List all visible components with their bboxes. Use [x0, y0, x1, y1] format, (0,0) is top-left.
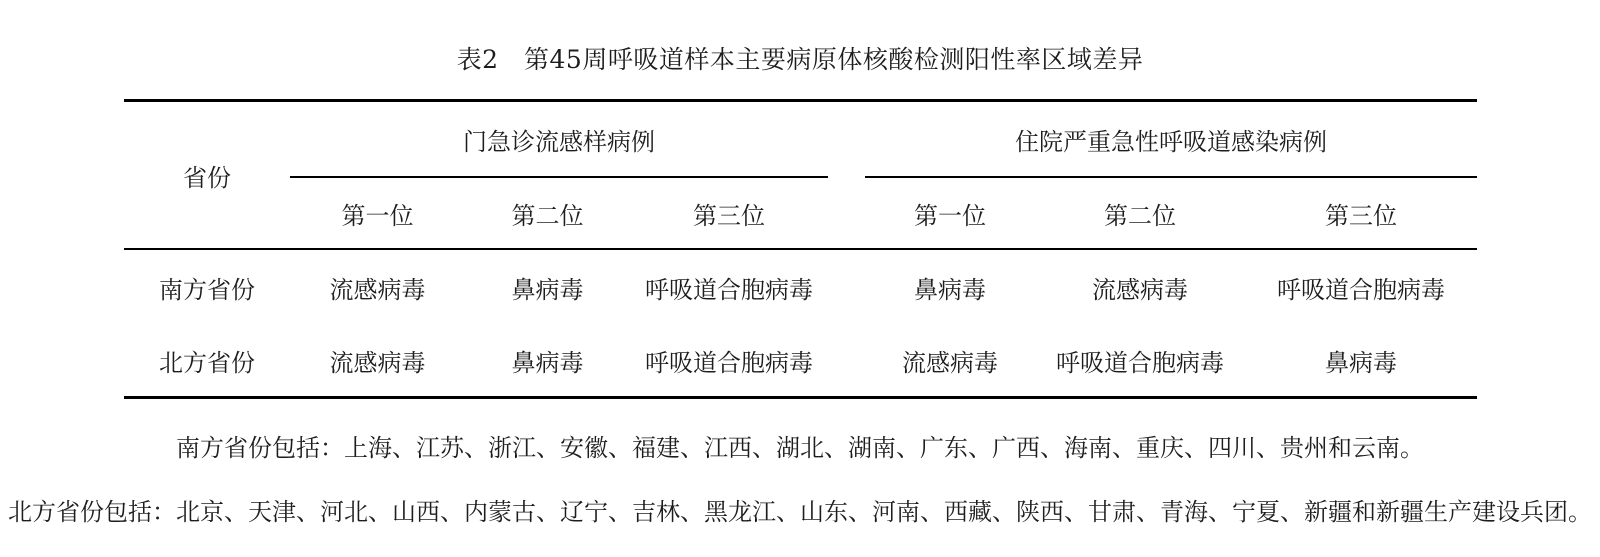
rank-header-outpatient-3: 第三位 — [630, 178, 828, 250]
group-header-outpatient-ili: 门急诊流感样病例 — [290, 102, 828, 178]
table-cell: 呼吸道合胞病毒 — [630, 250, 828, 325]
table-cell: 流感病毒 — [1035, 250, 1245, 325]
table-spacer — [828, 102, 865, 178]
rank-header-hospitalized-2: 第二位 — [1035, 178, 1245, 250]
group-header-hospitalized-sari: 住院严重急性呼吸道感染病例 — [865, 102, 1477, 178]
column-header-province: 省份 — [124, 102, 290, 250]
table-cell: 呼吸道合胞病毒 — [630, 325, 828, 396]
table-cell: 呼吸道合胞病毒 — [1245, 250, 1477, 325]
report-page: 表2 第45周呼吸道样本主要病原体核酸检测阳性率区域差异 省份 门急诊流感样病例… — [0, 0, 1600, 557]
footnote-southern-provinces: 南方省份包括：上海、江苏、浙江、安徽、福建、江西、湖北、湖南、广东、广西、海南、… — [0, 428, 1600, 463]
rank-header-hospitalized-3: 第三位 — [1245, 178, 1477, 250]
rank-header-hospitalized-1: 第一位 — [865, 178, 1035, 250]
table-cell: 流感病毒 — [290, 325, 465, 396]
row-header-northern-provinces: 北方省份 — [124, 325, 290, 396]
table-caption: 表2 第45周呼吸道样本主要病原体核酸检测阳性率区域差异 — [0, 40, 1600, 76]
table-spacer — [828, 178, 865, 250]
table-spacer — [828, 325, 865, 396]
footnote-northern-provinces: 北方省份包括：北京、天津、河北、山西、内蒙古、辽宁、吉林、黑龙江、山东、河南、西… — [0, 492, 1600, 527]
table-cell: 鼻病毒 — [465, 325, 630, 396]
table-cell: 呼吸道合胞病毒 — [1035, 325, 1245, 396]
table-cell: 鼻病毒 — [865, 250, 1035, 325]
table-cell: 鼻病毒 — [465, 250, 630, 325]
table-cell: 流感病毒 — [290, 250, 465, 325]
pathogen-positivity-table: 省份 门急诊流感样病例 住院严重急性呼吸道感染病例 第一位 第二位 第三位 第一… — [124, 99, 1477, 399]
table-cell: 鼻病毒 — [1245, 325, 1477, 396]
table-spacer — [828, 250, 865, 325]
table-cell: 流感病毒 — [865, 325, 1035, 396]
rank-header-outpatient-2: 第二位 — [465, 178, 630, 250]
row-header-southern-provinces: 南方省份 — [124, 250, 290, 325]
rank-header-outpatient-1: 第一位 — [290, 178, 465, 250]
